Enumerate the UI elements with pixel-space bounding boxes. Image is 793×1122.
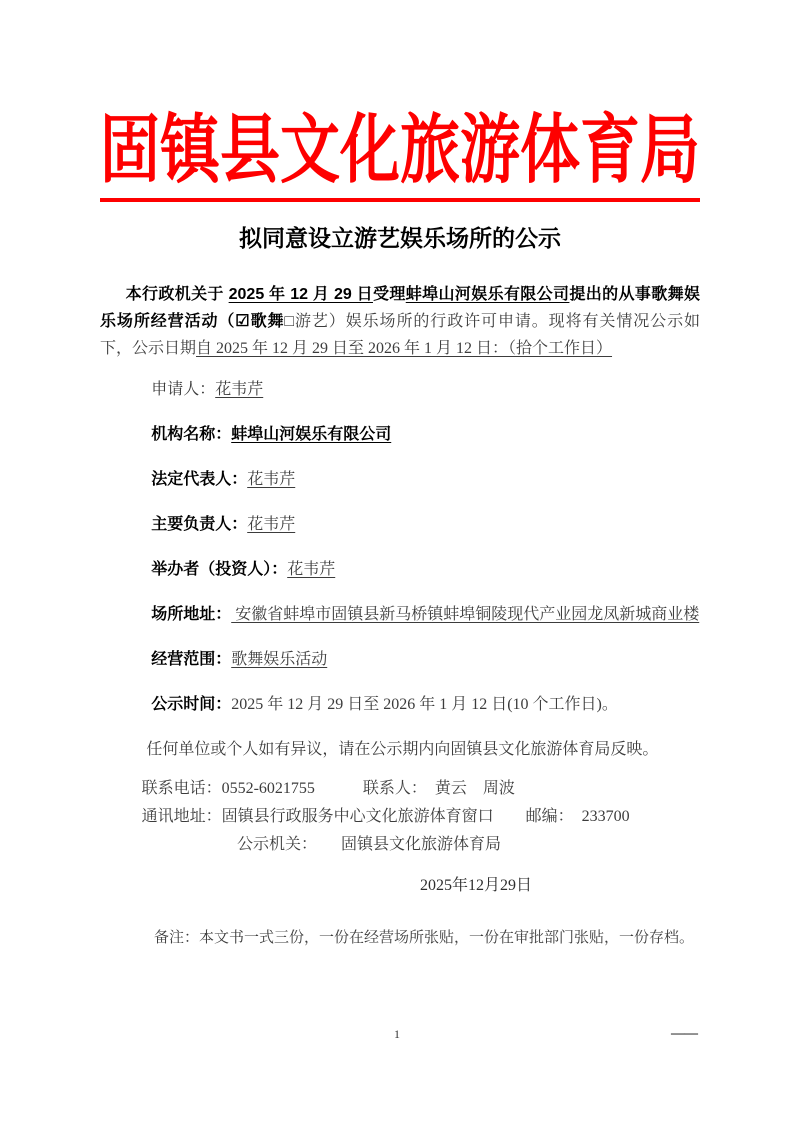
org-name-heading: 固镇县文化旅游体育局 — [100, 113, 700, 188]
intro-run: 受理 — [373, 286, 406, 303]
objection-note: 任何单位或个人如有异议，请在公示期内向固镇县文化旅游体育局反映。 — [100, 736, 700, 763]
issue-date: 2025年12月29日 — [100, 875, 700, 897]
doc-title: 拟同意设立游艺娱乐场所的公示 — [100, 222, 700, 255]
field-label: 主要负责人： — [151, 516, 247, 533]
field-label: 举办者（投资人）： — [151, 561, 287, 578]
field-row-legal-representative: 法定代表人：花韦芹 — [100, 466, 700, 493]
field-value: 花韦芹 — [287, 561, 335, 578]
page-number: 1 — [394, 1027, 400, 1042]
intro-paragraph: 本行政机关于 2025 年 12 月 29 日受理蚌埠山河娱乐有限公司提出的从事… — [100, 281, 700, 362]
field-label: 场所地址： — [151, 606, 231, 623]
field-label: 公示时间： — [151, 696, 231, 713]
field-value: 花韦芹 — [215, 381, 263, 398]
intro-run-publicity-period: 自 2025 年 12 月 29 日至 2026 年 1 月 12 日：（拾个工… — [196, 340, 612, 357]
field-row-principal: 主要负责人：花韦芹 — [100, 511, 700, 538]
field-label: 经营范围： — [151, 651, 231, 668]
intro-run: 本行政机关于 — [126, 286, 229, 303]
publishing-agency-line: 公示机关： 固镇县文化旅游体育局 — [100, 831, 700, 859]
field-label: 法定代表人： — [151, 471, 247, 488]
field-row-org-name: 机构名称：蚌埠山河娱乐有限公司 — [100, 421, 700, 448]
field-value: 花韦芹 — [247, 471, 295, 488]
field-value: 2025 年 12 月 29 日至 2026 年 1 月 12 日(10 个工作… — [231, 696, 618, 713]
field-row-venue-address: 场所地址： 安徽省蚌埠市固镇县新马桥镇蚌埠铜陵现代产业园龙凤新城商业楼 — [100, 601, 700, 628]
contact-address-line: 通讯地址：固镇县行政服务中心文化旅游体育窗口 邮编： 233700 — [100, 803, 700, 831]
field-value: 蚌埠山河娱乐有限公司 — [231, 426, 391, 443]
masthead: 固镇县文化旅游体育局 — [100, 92, 700, 202]
field-value: 歌舞娱乐活动 — [231, 651, 327, 668]
field-row-publicity-time: 公示时间：2025 年 12 月 29 日至 2026 年 1 月 12 日(1… — [100, 691, 700, 718]
contact-phone-line: 联系电话：0552-6021755 联系人： 黄云 周波 — [100, 775, 700, 803]
intro-run-company-name: 蚌埠山河娱乐有限公司 — [406, 286, 570, 303]
field-list: 申请人：花韦芹 机构名称：蚌埠山河娱乐有限公司 法定代表人：花韦芹 主要负责人：… — [100, 376, 700, 718]
document-page: 固镇县文化旅游体育局 拟同意设立游艺娱乐场所的公示 本行政机关于 2025 年 … — [0, 0, 793, 1122]
field-row-business-scope: 经营范围：歌舞娱乐活动 — [100, 646, 700, 673]
field-value: 花韦芹 — [247, 516, 295, 533]
corner-dash-mark: —— — [671, 1026, 697, 1042]
field-value: 安徽省蚌埠市固镇县新马桥镇蚌埠铜陵现代产业园龙凤新城商业楼 — [231, 606, 699, 623]
field-label: 机构名称： — [151, 426, 231, 443]
field-row-organizer: 举办者（投资人）：花韦芹 — [100, 556, 700, 583]
contact-block: 联系电话：0552-6021755 联系人： 黄云 周波 通讯地址：固镇县行政服… — [100, 775, 700, 859]
field-label: 申请人： — [151, 381, 215, 398]
intro-run-acceptance-date: 2025 年 12 月 29 日 — [229, 286, 373, 303]
remark-line: 备注：本文书一式三份，一份在经营场所张贴，一份在审批部门张贴，一份存档。 — [100, 927, 700, 949]
field-row-applicant: 申请人：花韦芹 — [100, 376, 700, 403]
